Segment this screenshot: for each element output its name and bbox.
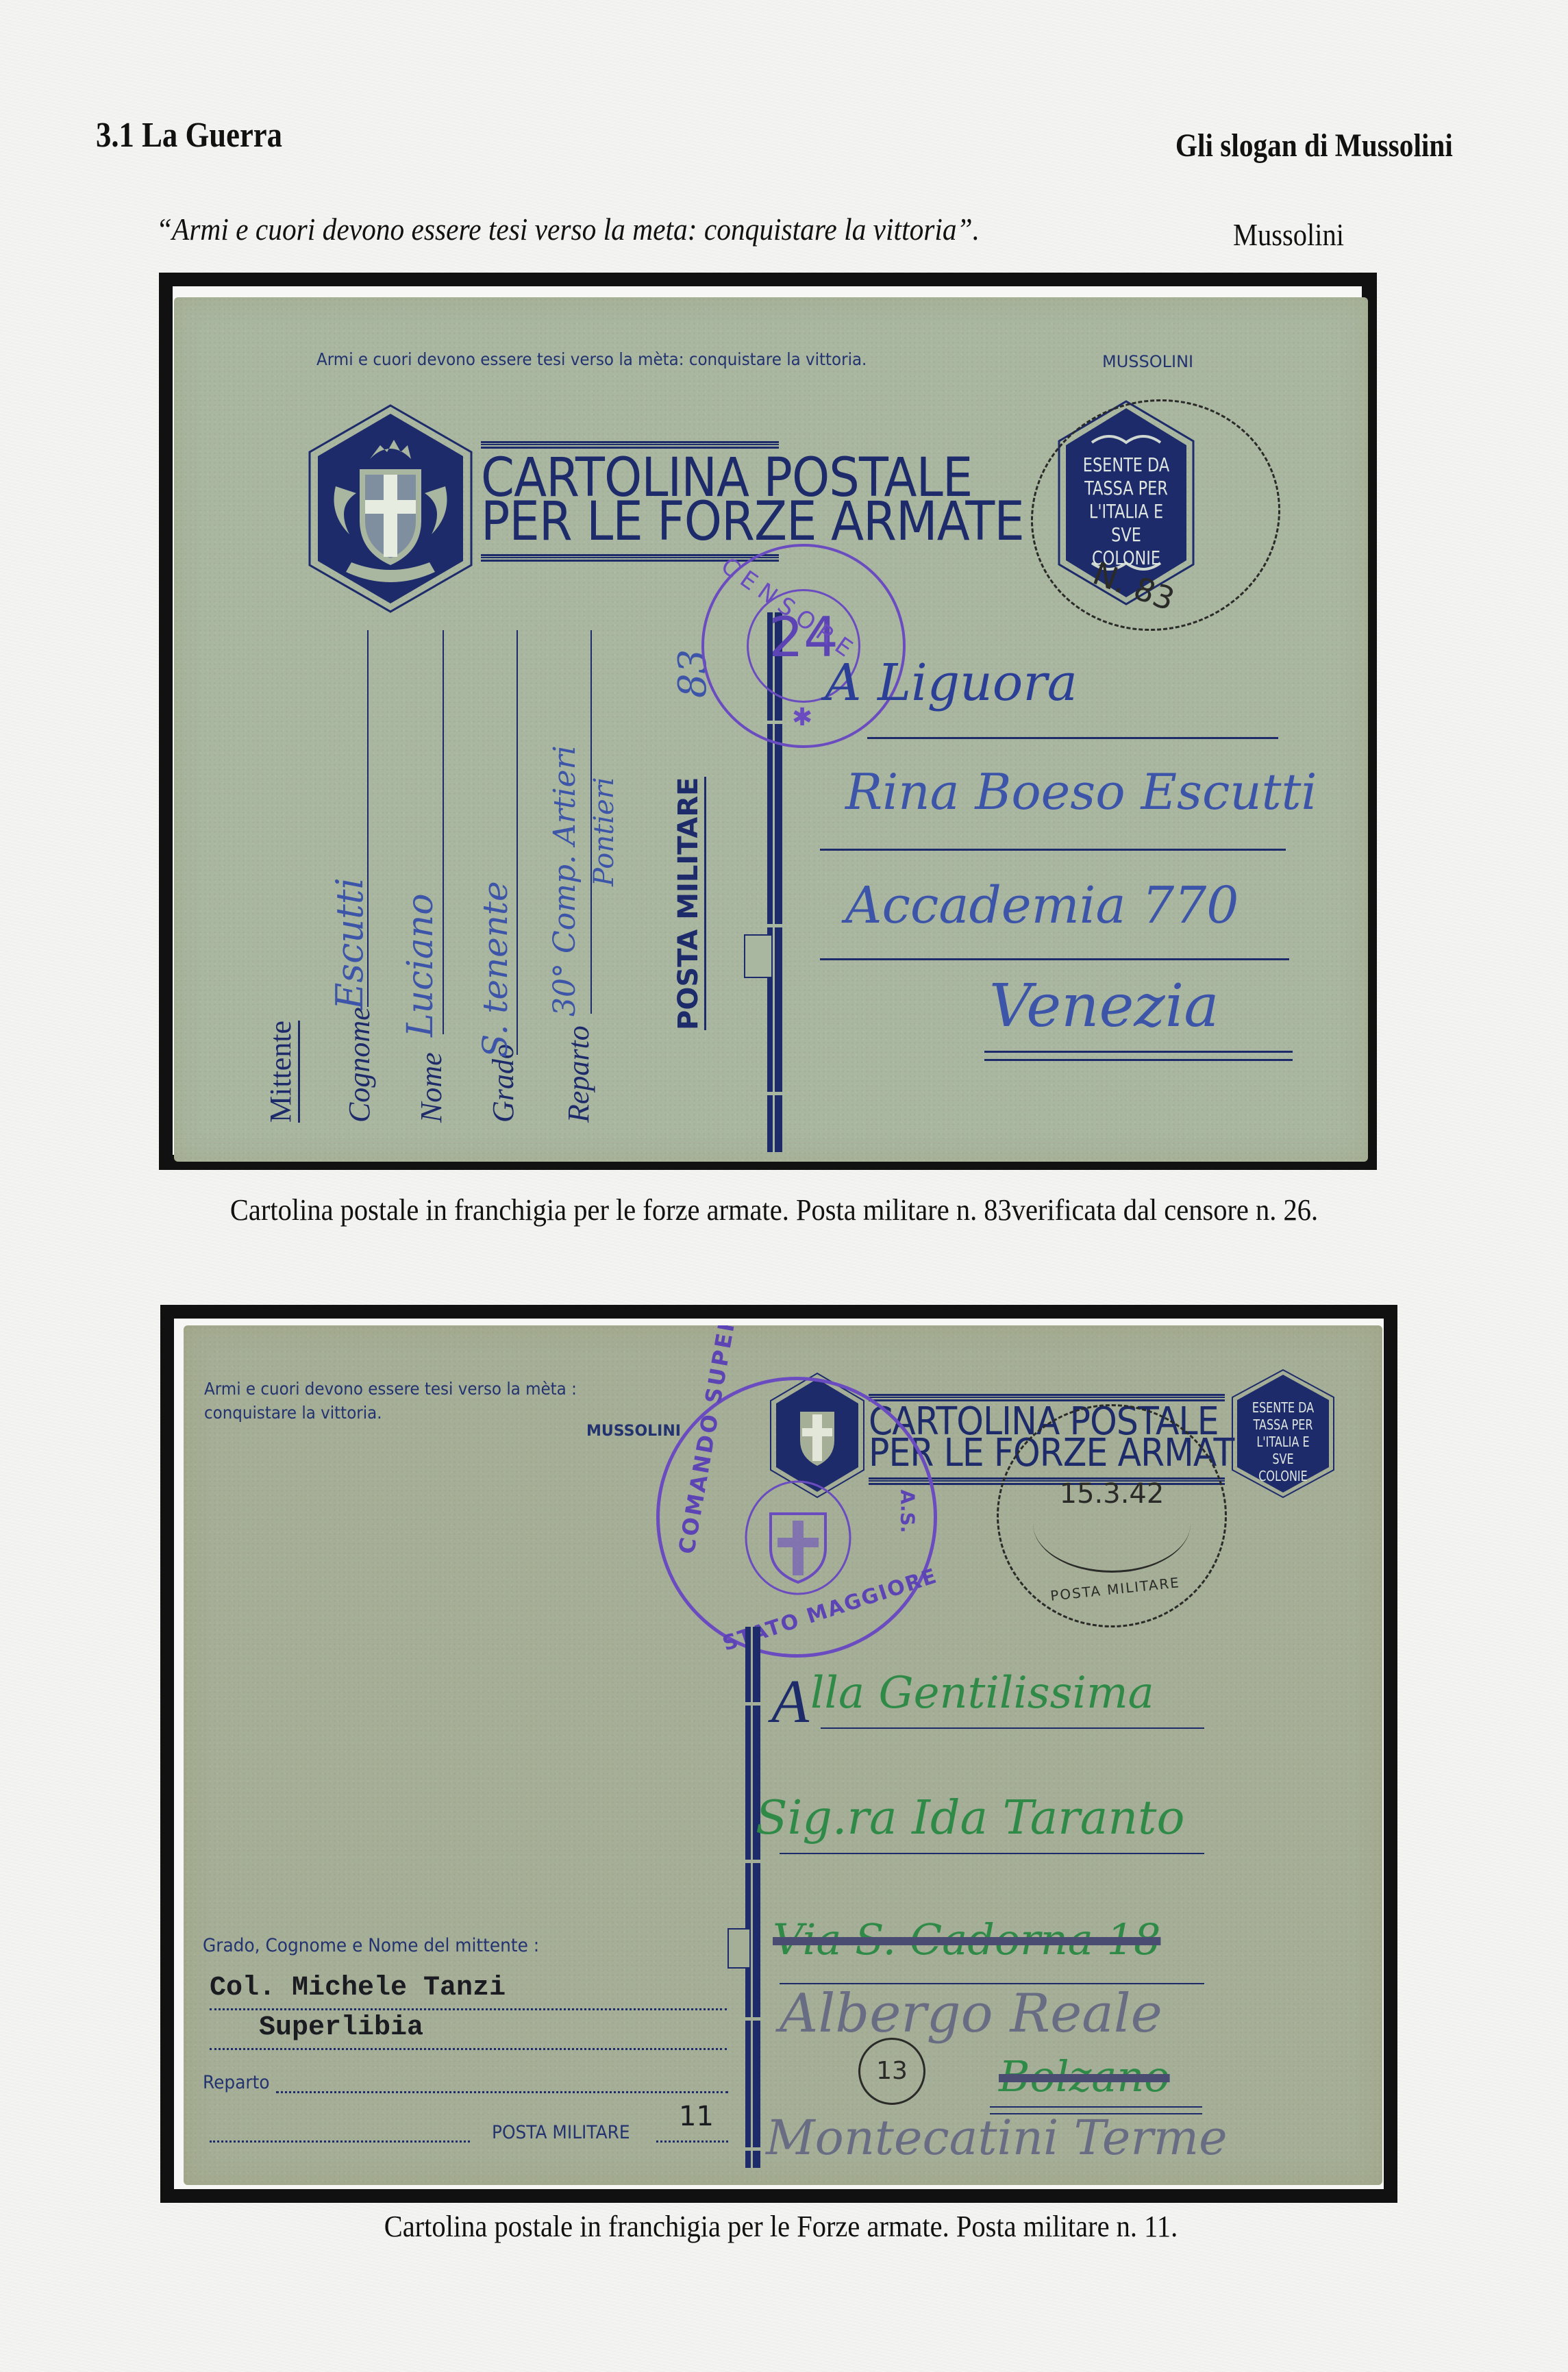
pm-line-left bbox=[210, 2140, 470, 2143]
label-mittente: Mittente bbox=[263, 1021, 300, 1123]
posta-militare-label: POSTA MILITARE bbox=[492, 2122, 630, 2143]
address-line-4a bbox=[990, 2106, 1202, 2108]
caption-card1: Cartolina postale in franchigia per le f… bbox=[213, 1190, 1335, 1230]
mussolini-quote: “Armi e cuori devono essere tesi verso l… bbox=[156, 211, 980, 247]
address-line-2 bbox=[780, 1853, 1204, 1854]
pole-flag bbox=[727, 1928, 751, 1969]
posta-militare-number: 11 bbox=[679, 2101, 714, 2132]
postmark-circle: 15.3.42 POSTA MILITARE bbox=[997, 1404, 1227, 1627]
line-nome bbox=[443, 630, 444, 1034]
address-line-3 bbox=[820, 958, 1289, 960]
address-line-1 bbox=[821, 1727, 1204, 1729]
postcard-2: Armi e cuori devono essere tesi verso la… bbox=[184, 1325, 1382, 2185]
address-green-line1: lla Gentilissima bbox=[810, 1668, 1154, 1719]
reparto-line bbox=[276, 2091, 728, 2093]
postcard-1: Armi e cuori devono essere tesi verso la… bbox=[174, 297, 1368, 1162]
address-printed-a: A bbox=[771, 1666, 809, 1737]
pm-line-right bbox=[656, 2140, 728, 2143]
label-cognome: Cognome bbox=[342, 1007, 377, 1123]
address-street: Accademia 770 bbox=[845, 876, 1239, 935]
franchise-text: ESENTE DA TASSA PER L'ITALIA E SVE COLON… bbox=[1247, 1399, 1319, 1485]
stamp-coat-of-arms-icon bbox=[743, 1480, 853, 1596]
section-title: 3.1 La Guerra bbox=[96, 115, 282, 155]
sender-nome-value: Luciano bbox=[400, 893, 441, 1037]
address-recipient: A Liguora bbox=[825, 653, 1078, 712]
savoy-coat-of-arms-icon bbox=[308, 404, 473, 613]
topic-title: Gli slogan di Mussolini bbox=[1175, 127, 1453, 164]
sender-grado-value: S. tenente bbox=[475, 881, 515, 1058]
address-city: Venezia bbox=[989, 972, 1219, 1040]
address-pencil-line2: Montecatini Terme bbox=[766, 2110, 1228, 2166]
command-stamp: COMANDO SUPERIORE F.F.A.A. A.S. STATO MA… bbox=[656, 1377, 937, 1658]
address-green-line2: Sig.ra Ida Taranto bbox=[756, 1791, 1184, 1845]
printed-slogan-line1: Armi e cuori devono essere tesi verso la… bbox=[204, 1379, 577, 1399]
printed-slogan: Armi e cuori devono essere tesi verso la… bbox=[316, 349, 867, 369]
line-grado bbox=[517, 630, 518, 1055]
quote-author: Mussolini bbox=[1233, 216, 1344, 253]
sender-reparto-value: 30° Comp. Artieri bbox=[547, 745, 582, 1016]
sender-cognome-value: Escutti bbox=[328, 877, 371, 1010]
card-title-line2: PER LE FORZE ARMATE bbox=[481, 500, 1024, 544]
sender-reparto-extra: Pontieri bbox=[588, 777, 620, 886]
label-reparto: Reparto bbox=[561, 1025, 596, 1123]
address-green-line4-struck: Bolzano bbox=[999, 2051, 1170, 2101]
posta-militare-label: POSTA MILITARE bbox=[673, 777, 706, 1030]
postmark-text: POSTA MILITARE bbox=[1032, 1573, 1197, 1606]
address-name: Rina Boeso Escutti bbox=[845, 763, 1317, 821]
label-nome: Nome bbox=[414, 1052, 449, 1123]
printed-slogan-line2: conquistare la vittoria. bbox=[204, 1403, 382, 1423]
sender-line-1 bbox=[210, 2008, 727, 2010]
caption-card2: Cartolina postale in franchigia per le F… bbox=[214, 2207, 1348, 2247]
address-line-1 bbox=[867, 737, 1278, 739]
sender-name-typed: Col. Michele Tanzi bbox=[210, 1973, 506, 2003]
sender-line-2 bbox=[210, 2048, 727, 2050]
censor-stamp: 24 CENSORE ✱ bbox=[701, 544, 906, 748]
pole-flag bbox=[744, 934, 773, 978]
printed-slogan-author: MUSSOLINI bbox=[1102, 352, 1193, 371]
sender-label: Grado, Cognome e Nome del mittente : bbox=[203, 1935, 539, 1956]
address-line-2 bbox=[820, 849, 1286, 851]
postmark-circle bbox=[1005, 371, 1306, 658]
reparto-label: Reparto bbox=[203, 2072, 270, 2093]
address-line-4b bbox=[984, 1059, 1293, 1061]
address-green-line3-struck: Via S. Cadorna 18 bbox=[773, 1914, 1160, 1964]
postmark-date: 15.3.42 bbox=[999, 1478, 1225, 1510]
address-line-4a bbox=[984, 1051, 1293, 1053]
address-pencil-line1: Albergo Reale bbox=[780, 1983, 1162, 2045]
sender-location-typed: Superlibia bbox=[259, 2012, 423, 2043]
small-circular-stamp: 13 bbox=[858, 2038, 925, 2105]
printed-slogan-author: MUSSOLINI bbox=[586, 1423, 681, 1440]
decorative-pole bbox=[745, 1627, 760, 2168]
